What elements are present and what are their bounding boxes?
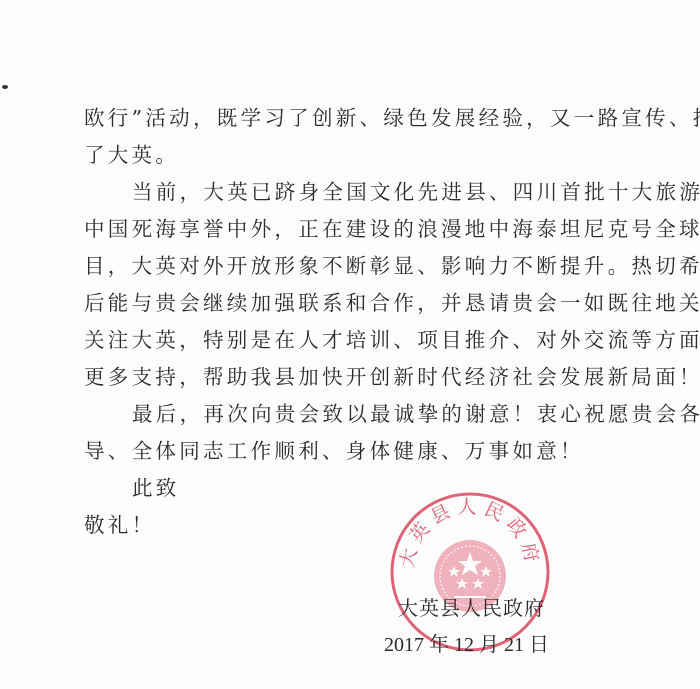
body-line: 关注大英，特别是在人才培训、项目推介、对外交流等方面给予	[84, 322, 624, 359]
body-line: 欧行”活动，既学习了创新、绿色发展经验，又一路宣传、推荐	[84, 100, 624, 137]
body-line: 后能与贵会继续加强联系和合作，并恳请贵会一如既往地关心、	[84, 285, 624, 322]
scan-speck	[2, 85, 8, 89]
letter-page: 欧行”活动，既学习了创新、绿色发展经验，又一路宣传、推荐 了大英。 当前，大英已…	[0, 0, 700, 689]
letter-date: 2017 年 12 月 21 日	[384, 628, 549, 657]
body-line: 当前，大英已跻身全国文化先进县、四川首批十大旅游强县，	[84, 174, 624, 211]
body-line: 了大英。	[84, 137, 624, 174]
body-line: 更多支持，帮助我县加快开创新时代经济社会发展新局面！	[84, 359, 624, 396]
signature-organization: 大英县人民政府	[398, 592, 545, 621]
body-line: 中国死海享誉中外，正在建设的浪漫地中海泰坦尼克号全球瞩	[84, 211, 624, 248]
body-line: 目，大英对外开放形象不断彰显、影响力不断提升。热切希望今	[84, 248, 624, 285]
letter-body: 欧行”活动，既学习了创新、绿色发展经验，又一路宣传、推荐 了大英。 当前，大英已…	[84, 100, 624, 544]
body-line: 最后，再次向贵会致以最诚挚的谢意！衷心祝愿贵会各位领	[84, 396, 624, 433]
body-line: 导、全体同志工作顺利、身体健康、万事如意！	[84, 433, 624, 470]
